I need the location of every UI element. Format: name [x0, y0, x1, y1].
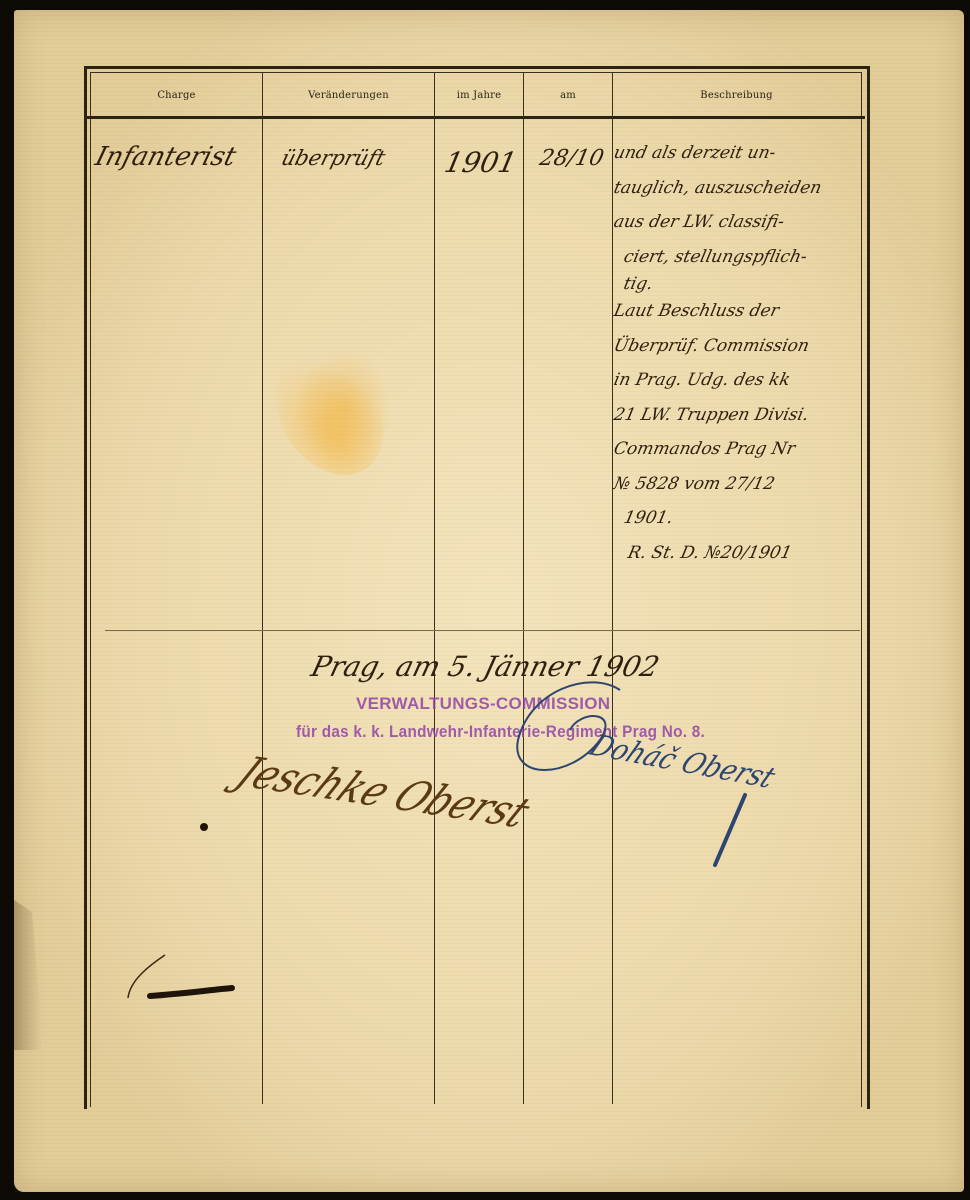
header-beschreibung: Beschreibung [613, 76, 860, 114]
row-separator [105, 630, 860, 631]
header-veraenderungen: Veränderungen [263, 76, 434, 114]
desc-line: in Prag. Udg. des kk [610, 363, 863, 398]
cell-veraenderungen: überprüft [279, 146, 388, 170]
desc-line: Überprüf. Commission [610, 329, 863, 364]
cell-am: 28/10 [537, 146, 606, 171]
column-divider [434, 72, 435, 1104]
header-charge: Charge [91, 76, 262, 114]
header-am: am [524, 76, 612, 114]
cell-beschreibung: und als derzeit un- tauglich, auszuschei… [614, 136, 860, 570]
blue-signature-loop [510, 670, 660, 790]
desc-line: 1901. [610, 501, 863, 536]
desc-line: und als derzeit un- [610, 136, 863, 171]
header-im-jahre: im Jahre [435, 76, 523, 114]
ink-dot [200, 823, 208, 831]
desc-line: tig. [612, 274, 862, 294]
desc-line: Laut Beschluss der [610, 294, 863, 329]
cell-charge: Infanterist [92, 142, 239, 172]
header-rule [87, 116, 865, 119]
desc-line: № 5828 vom 27/12 [610, 467, 863, 502]
desc-line: aus der LW. classifi- [610, 205, 863, 240]
desc-line: 21 LW. Truppen Divisi. [610, 398, 863, 433]
desc-line: tauglich, auszuscheiden [610, 171, 863, 206]
desc-line: ciert, stellungspflich- [610, 240, 863, 275]
desc-line: R. St. D. №20/1901 [610, 536, 863, 571]
desc-line: Commandos Prag Nr [610, 432, 863, 467]
cell-im-jahre: 1901 [441, 146, 519, 179]
column-divider [262, 72, 263, 1104]
column-divider [523, 72, 524, 1104]
ink-mark [120, 950, 240, 1010]
blue-signature-stroke [700, 790, 760, 870]
